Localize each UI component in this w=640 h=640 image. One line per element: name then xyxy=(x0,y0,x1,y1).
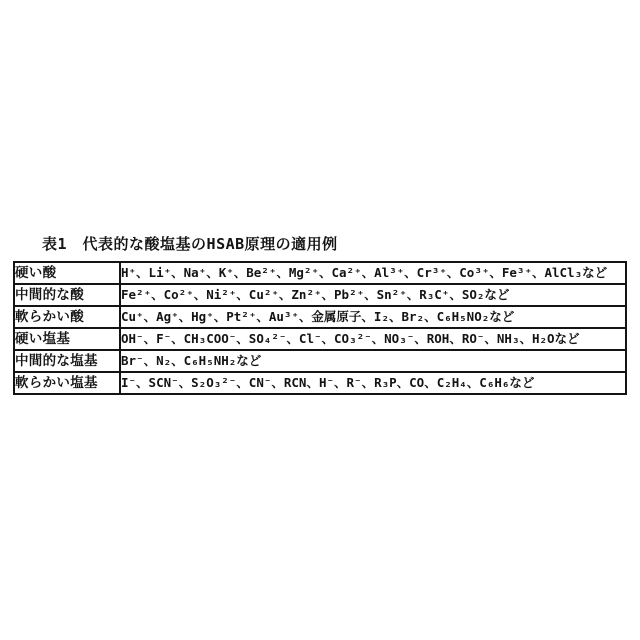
row-label-cell: 中間的な酸 xyxy=(14,284,120,306)
hsab-table: 硬い酸 H⁺、Li⁺、Na⁺、K⁺、Be²⁺、Mg²⁺、Ca²⁺、Al³⁺、Cr… xyxy=(13,261,627,395)
row-label-cell: 軟らかい塩基 xyxy=(14,372,120,394)
table-row-hard-bases: 硬い塩基 OH⁻、F⁻、CH₃COO⁻、SO₄²⁻、Cl⁻、CO₃²⁻、NO₃⁻… xyxy=(14,328,626,350)
row-content-cell: OH⁻、F⁻、CH₃COO⁻、SO₄²⁻、Cl⁻、CO₃²⁻、NO₃⁻、ROH、… xyxy=(120,328,626,350)
row-content-cell: Cu⁺、Ag⁺、Hg⁺、Pt²⁺、Au³⁺、金属原子、I₂、Br₂、C₆H₅NO… xyxy=(120,306,626,328)
table-row-intermediate-acids: 中間的な酸 Fe²⁺、Co²⁺、Ni²⁺、Cu²⁺、Zn²⁺、Pb²⁺、Sn²⁺… xyxy=(14,284,626,306)
row-label-cell: 硬い塩基 xyxy=(14,328,120,350)
table-caption: 表1 代表的な酸塩基のHSAB原理の適用例 xyxy=(42,236,338,253)
row-label-cell: 軟らかい酸 xyxy=(14,306,120,328)
table-row-intermediate-bases: 中間的な塩基 Br⁻、N₂、C₆H₅NH₂など xyxy=(14,350,626,372)
row-content-cell: I⁻、SCN⁻、S₂O₃²⁻、CN⁻、RCN、H⁻、R⁻、R₃P、CO、C₂H₄… xyxy=(120,372,626,394)
table-row-soft-acids: 軟らかい酸 Cu⁺、Ag⁺、Hg⁺、Pt²⁺、Au³⁺、金属原子、I₂、Br₂、… xyxy=(14,306,626,328)
row-content-cell: Br⁻、N₂、C₆H₅NH₂など xyxy=(120,350,626,372)
document-page: 表1 代表的な酸塩基のHSAB原理の適用例 硬い酸 H⁺、Li⁺、Na⁺、K⁺、… xyxy=(0,0,640,640)
row-label-cell: 硬い酸 xyxy=(14,262,120,284)
row-label-cell: 中間的な塩基 xyxy=(14,350,120,372)
table-row-hard-acids: 硬い酸 H⁺、Li⁺、Na⁺、K⁺、Be²⁺、Mg²⁺、Ca²⁺、Al³⁺、Cr… xyxy=(14,262,626,284)
row-content-cell: Fe²⁺、Co²⁺、Ni²⁺、Cu²⁺、Zn²⁺、Pb²⁺、Sn²⁺、R₃C⁺、… xyxy=(120,284,626,306)
table-row-soft-bases: 軟らかい塩基 I⁻、SCN⁻、S₂O₃²⁻、CN⁻、RCN、H⁻、R⁻、R₃P、… xyxy=(14,372,626,394)
row-content-cell: H⁺、Li⁺、Na⁺、K⁺、Be²⁺、Mg²⁺、Ca²⁺、Al³⁺、Cr³⁺、C… xyxy=(120,262,626,284)
